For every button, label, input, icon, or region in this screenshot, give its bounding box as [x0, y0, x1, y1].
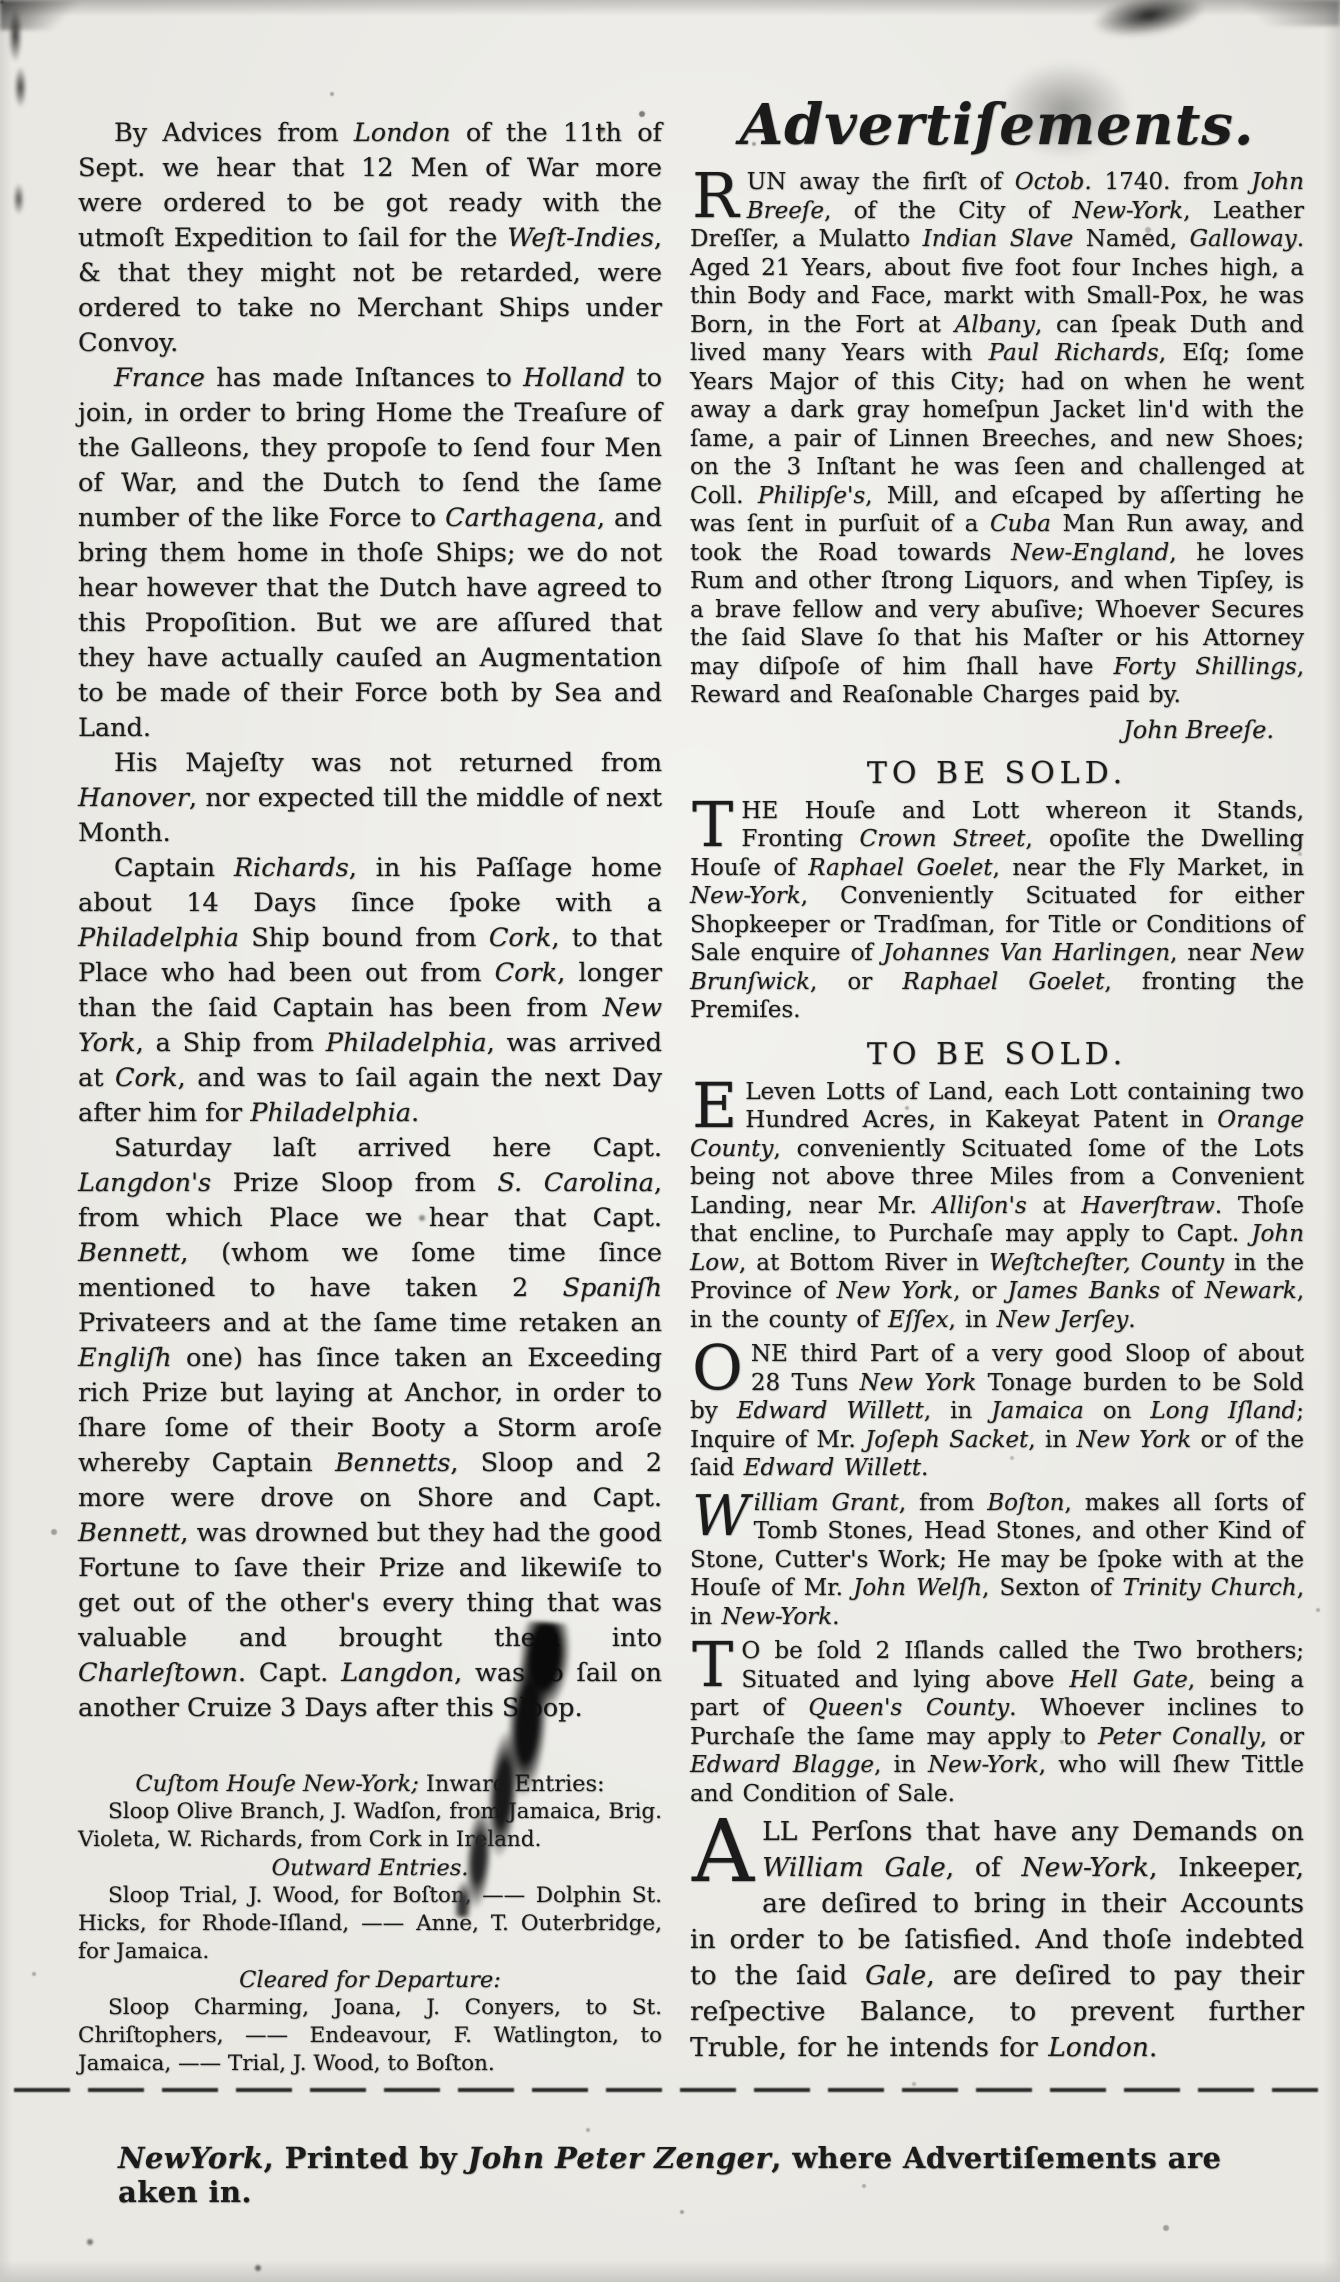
section-heading-to-be-sold: TO BE SOLD. — [690, 1037, 1304, 1072]
ad-body-text: O be ſold 2 Iſlands called the Two broth… — [690, 1638, 1304, 1807]
ad-body-text: Leven Lotts of Land, each Lott containin… — [690, 1079, 1304, 1333]
drop-cap: T — [690, 797, 741, 850]
news-paragraph: France has made Inſtances to Holland to … — [78, 361, 662, 746]
ink-blot — [426, 1615, 587, 1924]
drop-cap: O — [690, 1340, 751, 1393]
ad-tombstone-maker: William Grant, from Boſton, makes all ſo… — [690, 1489, 1304, 1632]
ad-body-text: UN away the firſt of Octob. 1740. from J… — [690, 169, 1304, 708]
section-heading-to-be-sold: TO BE SOLD. — [690, 756, 1304, 791]
drop-cap: E — [690, 1078, 745, 1131]
ink-mark — [0, 4, 34, 264]
news-paragraph: Captain Richards, in his Paſſage home ab… — [78, 851, 662, 1131]
ad-sloop-share-for-sale: ONE third Part of a very good Sloop of a… — [690, 1340, 1304, 1483]
ad-body-text: HE Houſe and Lott whereon it Stands, Fro… — [690, 798, 1304, 1024]
ad-house-for-sale: THE Houſe and Lott whereon it Stands, Fr… — [690, 797, 1304, 1025]
drop-cap: T — [690, 1637, 741, 1690]
outward-entries-heading: Outward Entries. — [78, 1854, 662, 1882]
ad-two-brothers-islands: TO be ſold 2 Iſlands called the Two brot… — [690, 1637, 1304, 1808]
drop-cap: R — [690, 168, 747, 221]
drop-cap: W — [690, 1489, 754, 1542]
ad-runaway-notice: RUN away the firſt of Octob. 1740. from … — [690, 168, 1304, 710]
advertisements-column: Advertiſements. RUN away the firſt of Oc… — [690, 94, 1304, 2072]
outward-entries-list: Sloop Trial, J. Wood, for Boſton, —— Dol… — [78, 1882, 662, 1966]
ad-william-gale-demands: ALL Perſons that have any Demands on Wil… — [690, 1814, 1304, 2066]
cleared-departure-heading: Cleared for Departure: — [78, 1966, 662, 1994]
ad-signature: John Breeſe. — [690, 716, 1304, 744]
advertisements-header: Advertiſements. — [690, 94, 1304, 156]
cleared-departure-list: Sloop Charming, Joana, J. Conyers, to St… — [78, 1994, 662, 2078]
shipping-news-section: Cuſtom Houſe New-York; Inward Entries: S… — [78, 1770, 662, 2078]
drop-cap: A — [690, 1814, 762, 1887]
printer-imprint-line: NewYork, Printed by John Peter Zenger, w… — [118, 2141, 1308, 2209]
newspaper-page: By Advices from London of the 11th of Se… — [0, 0, 1340, 2282]
news-paragraph: His Majeſty was not returned from Hanove… — [78, 746, 662, 851]
divider-rule — [14, 2088, 1318, 2092]
scan-speck-layer — [0, 0, 4, 4]
inward-entries-list: Sloop Olive Branch, J. Wadſon, from Jama… — [78, 1798, 662, 1854]
news-paragraph: By Advices from London of the 11th of Se… — [78, 116, 662, 361]
ad-body-text: NE third Part of a very good Sloop of ab… — [690, 1341, 1304, 1481]
ad-land-lots-for-sale: ELeven Lotts of Land, each Lott containi… — [690, 1078, 1304, 1335]
ad-body-text: illiam Grant, from Boſton, makes all ſor… — [690, 1490, 1304, 1630]
ad-body-text: LL Perſons that have any Demands on Will… — [690, 1816, 1304, 2063]
